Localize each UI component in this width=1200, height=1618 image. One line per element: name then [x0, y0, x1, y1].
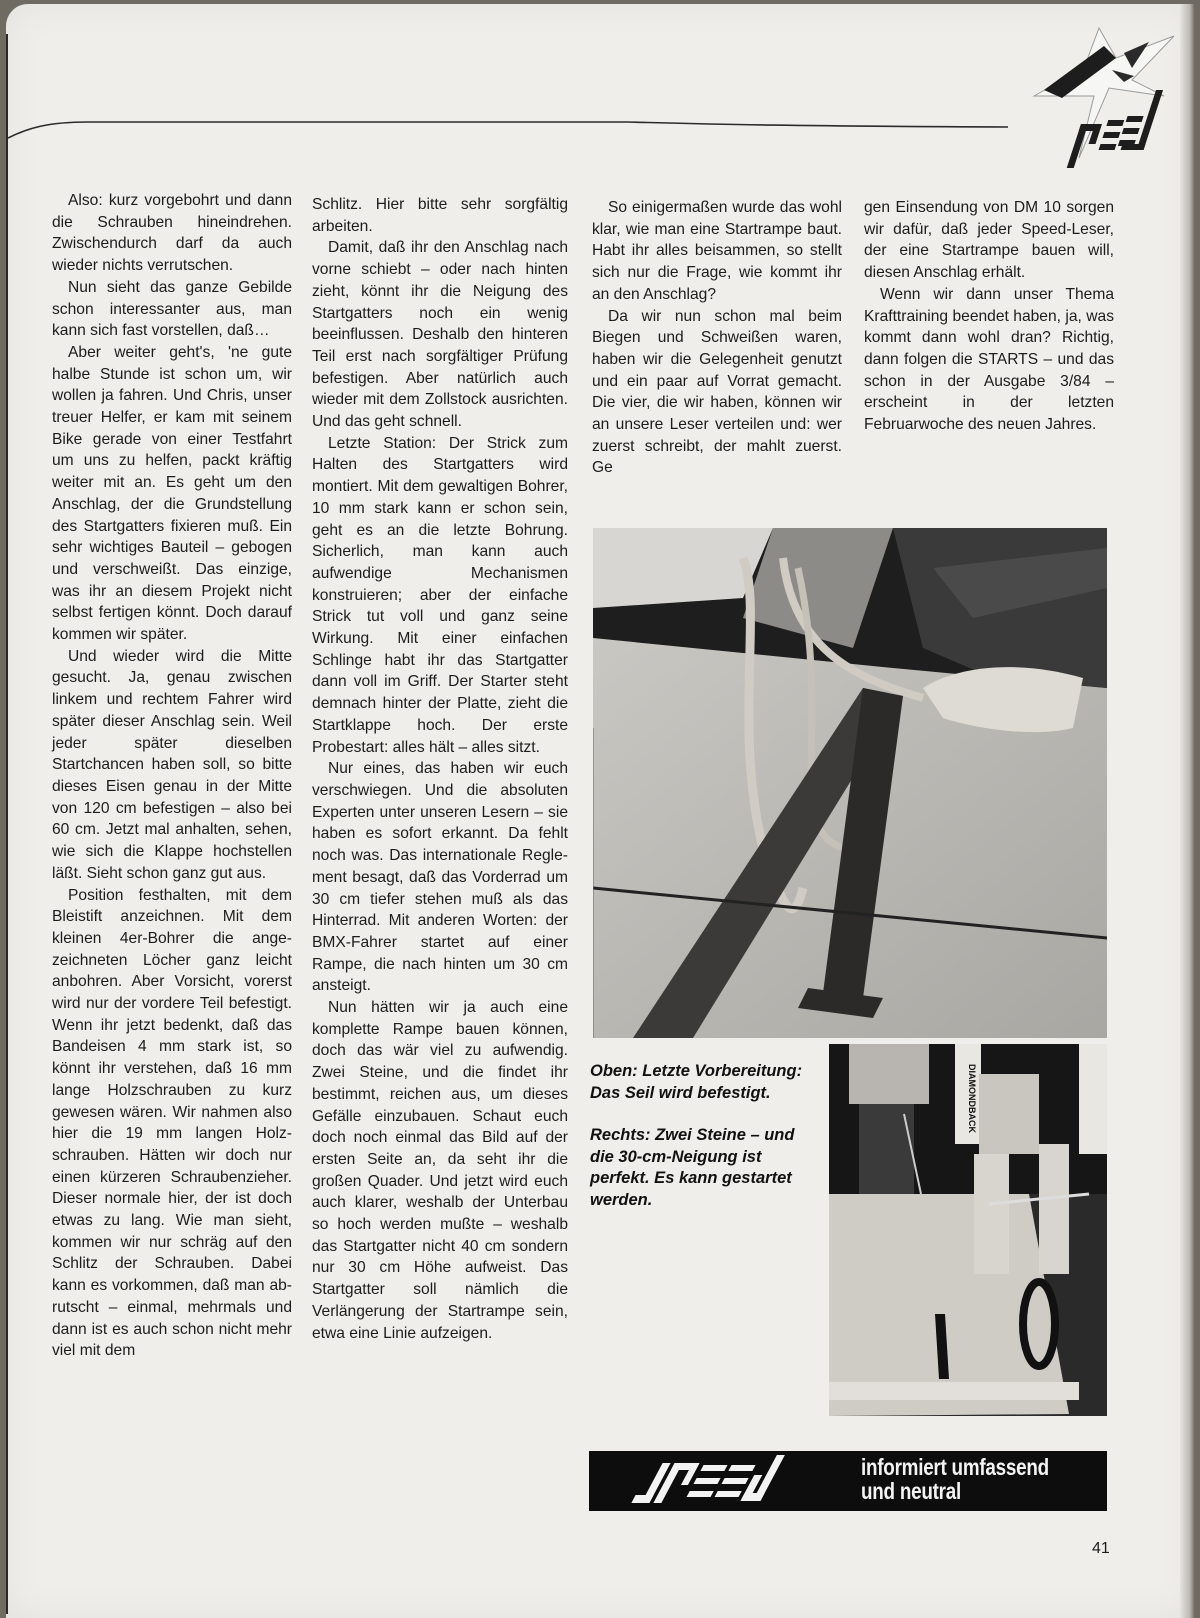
banner-line-1: informiert umfassend: [861, 1455, 1049, 1479]
paragraph: Letzte Station: Der Strick zum Halten de…: [312, 433, 568, 759]
photo-bmx-start-gate: DIAMONDBACK: [829, 1044, 1107, 1416]
speed-logo-icon: [629, 1451, 829, 1511]
magazine-page: Also: kurz vorgebohrt und dann die Schra…: [6, 4, 1194, 1618]
page-right-edge: [1180, 4, 1194, 1618]
paragraph: Nur eines, das haben wir euch verschwieg…: [312, 758, 568, 997]
article-column-2: Schlitz. Hier bitte sehr sorgfäl­tig arb…: [312, 194, 568, 1344]
photo-rope-attachment: [593, 528, 1107, 1038]
speed-ad-banner: informiert umfassend und neutral: [589, 1451, 1107, 1511]
page-number: 41: [1092, 1540, 1110, 1558]
speed-star-logo-icon: [1024, 18, 1194, 168]
paragraph: Da wir nun schon mal beim Biegen und Sch…: [592, 306, 842, 480]
paragraph: Nun hätten wir ja auch eine komplette Ra…: [312, 997, 568, 1344]
paragraph: Position festhalten, mit dem Bleistift a…: [52, 885, 292, 1362]
paragraph: Wenn wir dann unser The­ma Krafttraining…: [864, 284, 1114, 436]
article-column-4: gen Einsendung von DM 10 sorgen wir dafü…: [864, 197, 1114, 436]
article-column-1: Also: kurz vorgebohrt und dann die Schra…: [52, 190, 292, 1362]
paragraph: Nun sieht das ganze Gebil­de schon inter…: [52, 277, 292, 342]
paragraph: Aber weiter geht's, 'ne gute halbe Stund…: [52, 342, 292, 646]
banner-slogan: informiert umfassend und neutral: [861, 1455, 1049, 1503]
header-rule: [8, 110, 1008, 140]
paragraph: Und wieder wird die Mitte gesucht. Ja, g…: [52, 646, 292, 885]
article-column-3: So einigermaßen wurde das wohl klar, wie…: [592, 197, 842, 479]
banner-line-2: und neutral: [861, 1479, 1049, 1503]
caption-top: Oben: Letzte Vor­bereitung: Das Seil wir…: [590, 1061, 810, 1104]
paragraph: gen Einsendung von DM 10 sorgen wir dafü…: [864, 197, 1114, 284]
paragraph: Schlitz. Hier bitte sehr sorgfäl­tig arb…: [312, 194, 568, 237]
paragraph: Also: kurz vorgebohrt und dann die Schra…: [52, 190, 292, 277]
paragraph: So einigermaßen wurde das wohl klar, wie…: [592, 197, 842, 306]
photo-captions: Oben: Letzte Vor­bereitung: Das Seil wir…: [590, 1061, 810, 1232]
caption-right: Rechts: Zwei Steine – und die 30-cm-Neig…: [590, 1125, 810, 1211]
jersey-text: DIAMONDBACK: [967, 1064, 977, 1133]
page-spine-edge: [6, 34, 8, 1614]
paragraph: Damit, daß ihr den Anschlag nach vorne s…: [312, 237, 568, 432]
